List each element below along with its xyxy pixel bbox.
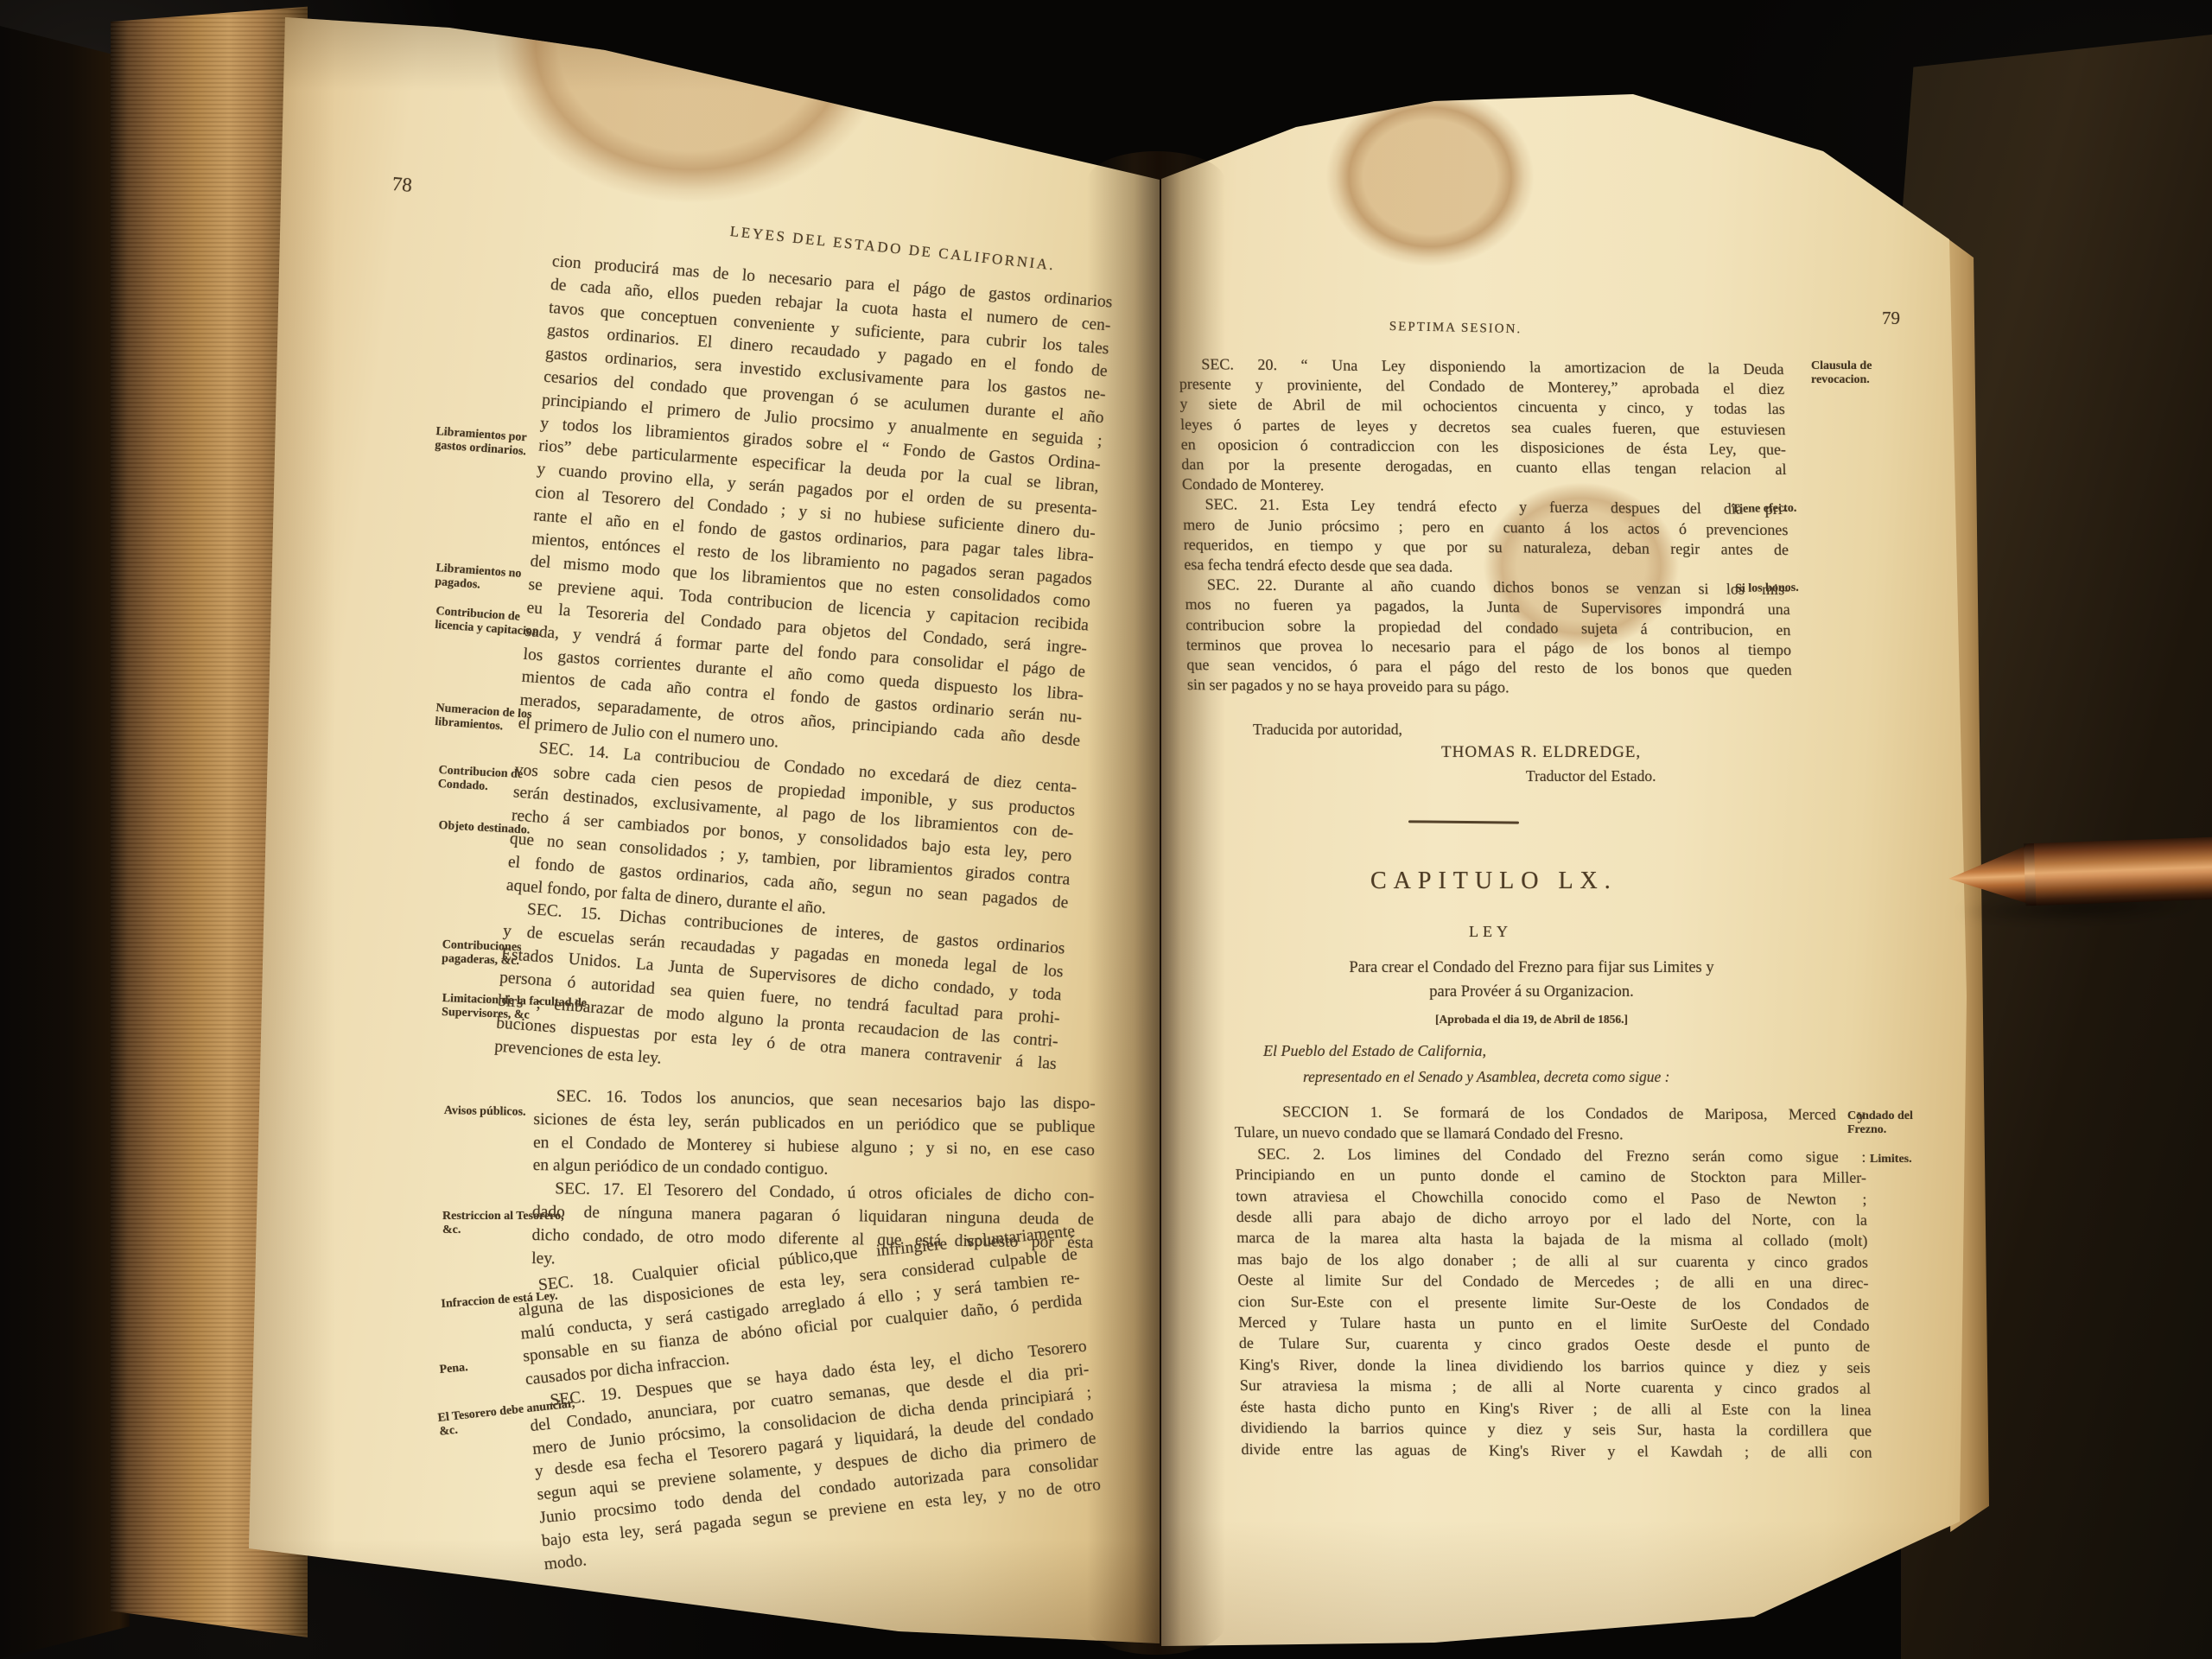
translator-name: THOMAS R. ELDREDGE, — [1441, 743, 1641, 762]
margin-note: Limites. — [1870, 1153, 1948, 1166]
translator-title: Traductor del Estado. — [1526, 767, 1656, 785]
text-line: dividiendo la barrios quince y diez y se… — [1241, 1417, 1872, 1441]
right-page-body-sections: SEC. 20. “ Una Ley disponiendo la amorti… — [1179, 354, 1793, 701]
margin-note: Clausula de revocacion. — [1811, 359, 1915, 387]
text-line: Principiando en un punto donde el camino… — [1236, 1164, 1867, 1188]
right-page-body-chapter60: SECCION 1. Se formará de los Condados de… — [1234, 1101, 1872, 1463]
text-line: de Tulare Sur, cuarenta y cinco grados O… — [1239, 1332, 1871, 1357]
chapter-title-line: Para crear el Condado del Frezno para fi… — [1249, 956, 1815, 980]
enacting-clause-line: representado en el Senado y Asamblea, de… — [1303, 1068, 1669, 1086]
chapter-heading: CAPITULO LX. — [1370, 868, 1618, 895]
enacting-clause-line: El Pueblo del Estado de California, — [1263, 1042, 1486, 1060]
copper-pen — [1947, 806, 2212, 980]
text-line: marca de la marea alta hasta la bajada d… — [1236, 1227, 1868, 1251]
text-line: Tulare, un nuevo condado que se llamará … — [1235, 1122, 1866, 1146]
right-running-head: SEPTIMA SESION. — [1389, 320, 1522, 337]
translator-intro: Traducida por autoridad, — [1253, 721, 1402, 739]
chapter-title: Para crear el Condado del Frezno para fi… — [1249, 956, 1815, 1004]
text-line: Oeste al limite Sur del Condado de Merce… — [1237, 1269, 1869, 1294]
text-line: Sur atraviesa la misma ; de alli al Nort… — [1240, 1375, 1872, 1399]
left-page-body-upper: cion producirá mas de lo necesario para … — [493, 251, 1113, 1100]
chapter-approval-date: [Aprobada el dia 19, de Abril de 1856.] — [1249, 1013, 1815, 1027]
left-page-number: 78 — [391, 173, 413, 197]
right-page-number: 79 — [1882, 308, 1900, 329]
pen-tip — [1948, 845, 2029, 906]
book-left-cover — [0, 26, 130, 1659]
chapter-title-line: para Provéer á su Organizacion. — [1249, 980, 1815, 1004]
book-photo-scene: 78 LEYES DEL ESTADO DE CALIFORNIA. Libra… — [0, 0, 2212, 1659]
chapter-subheading: LEY — [1469, 923, 1512, 941]
pen-body — [2024, 837, 2212, 906]
left-page-body-lower: SEC. 18. Cualquier oficial público,que i… — [515, 1220, 1104, 1576]
text-line: divide entre las aguas de King's River y… — [1241, 1438, 1872, 1462]
